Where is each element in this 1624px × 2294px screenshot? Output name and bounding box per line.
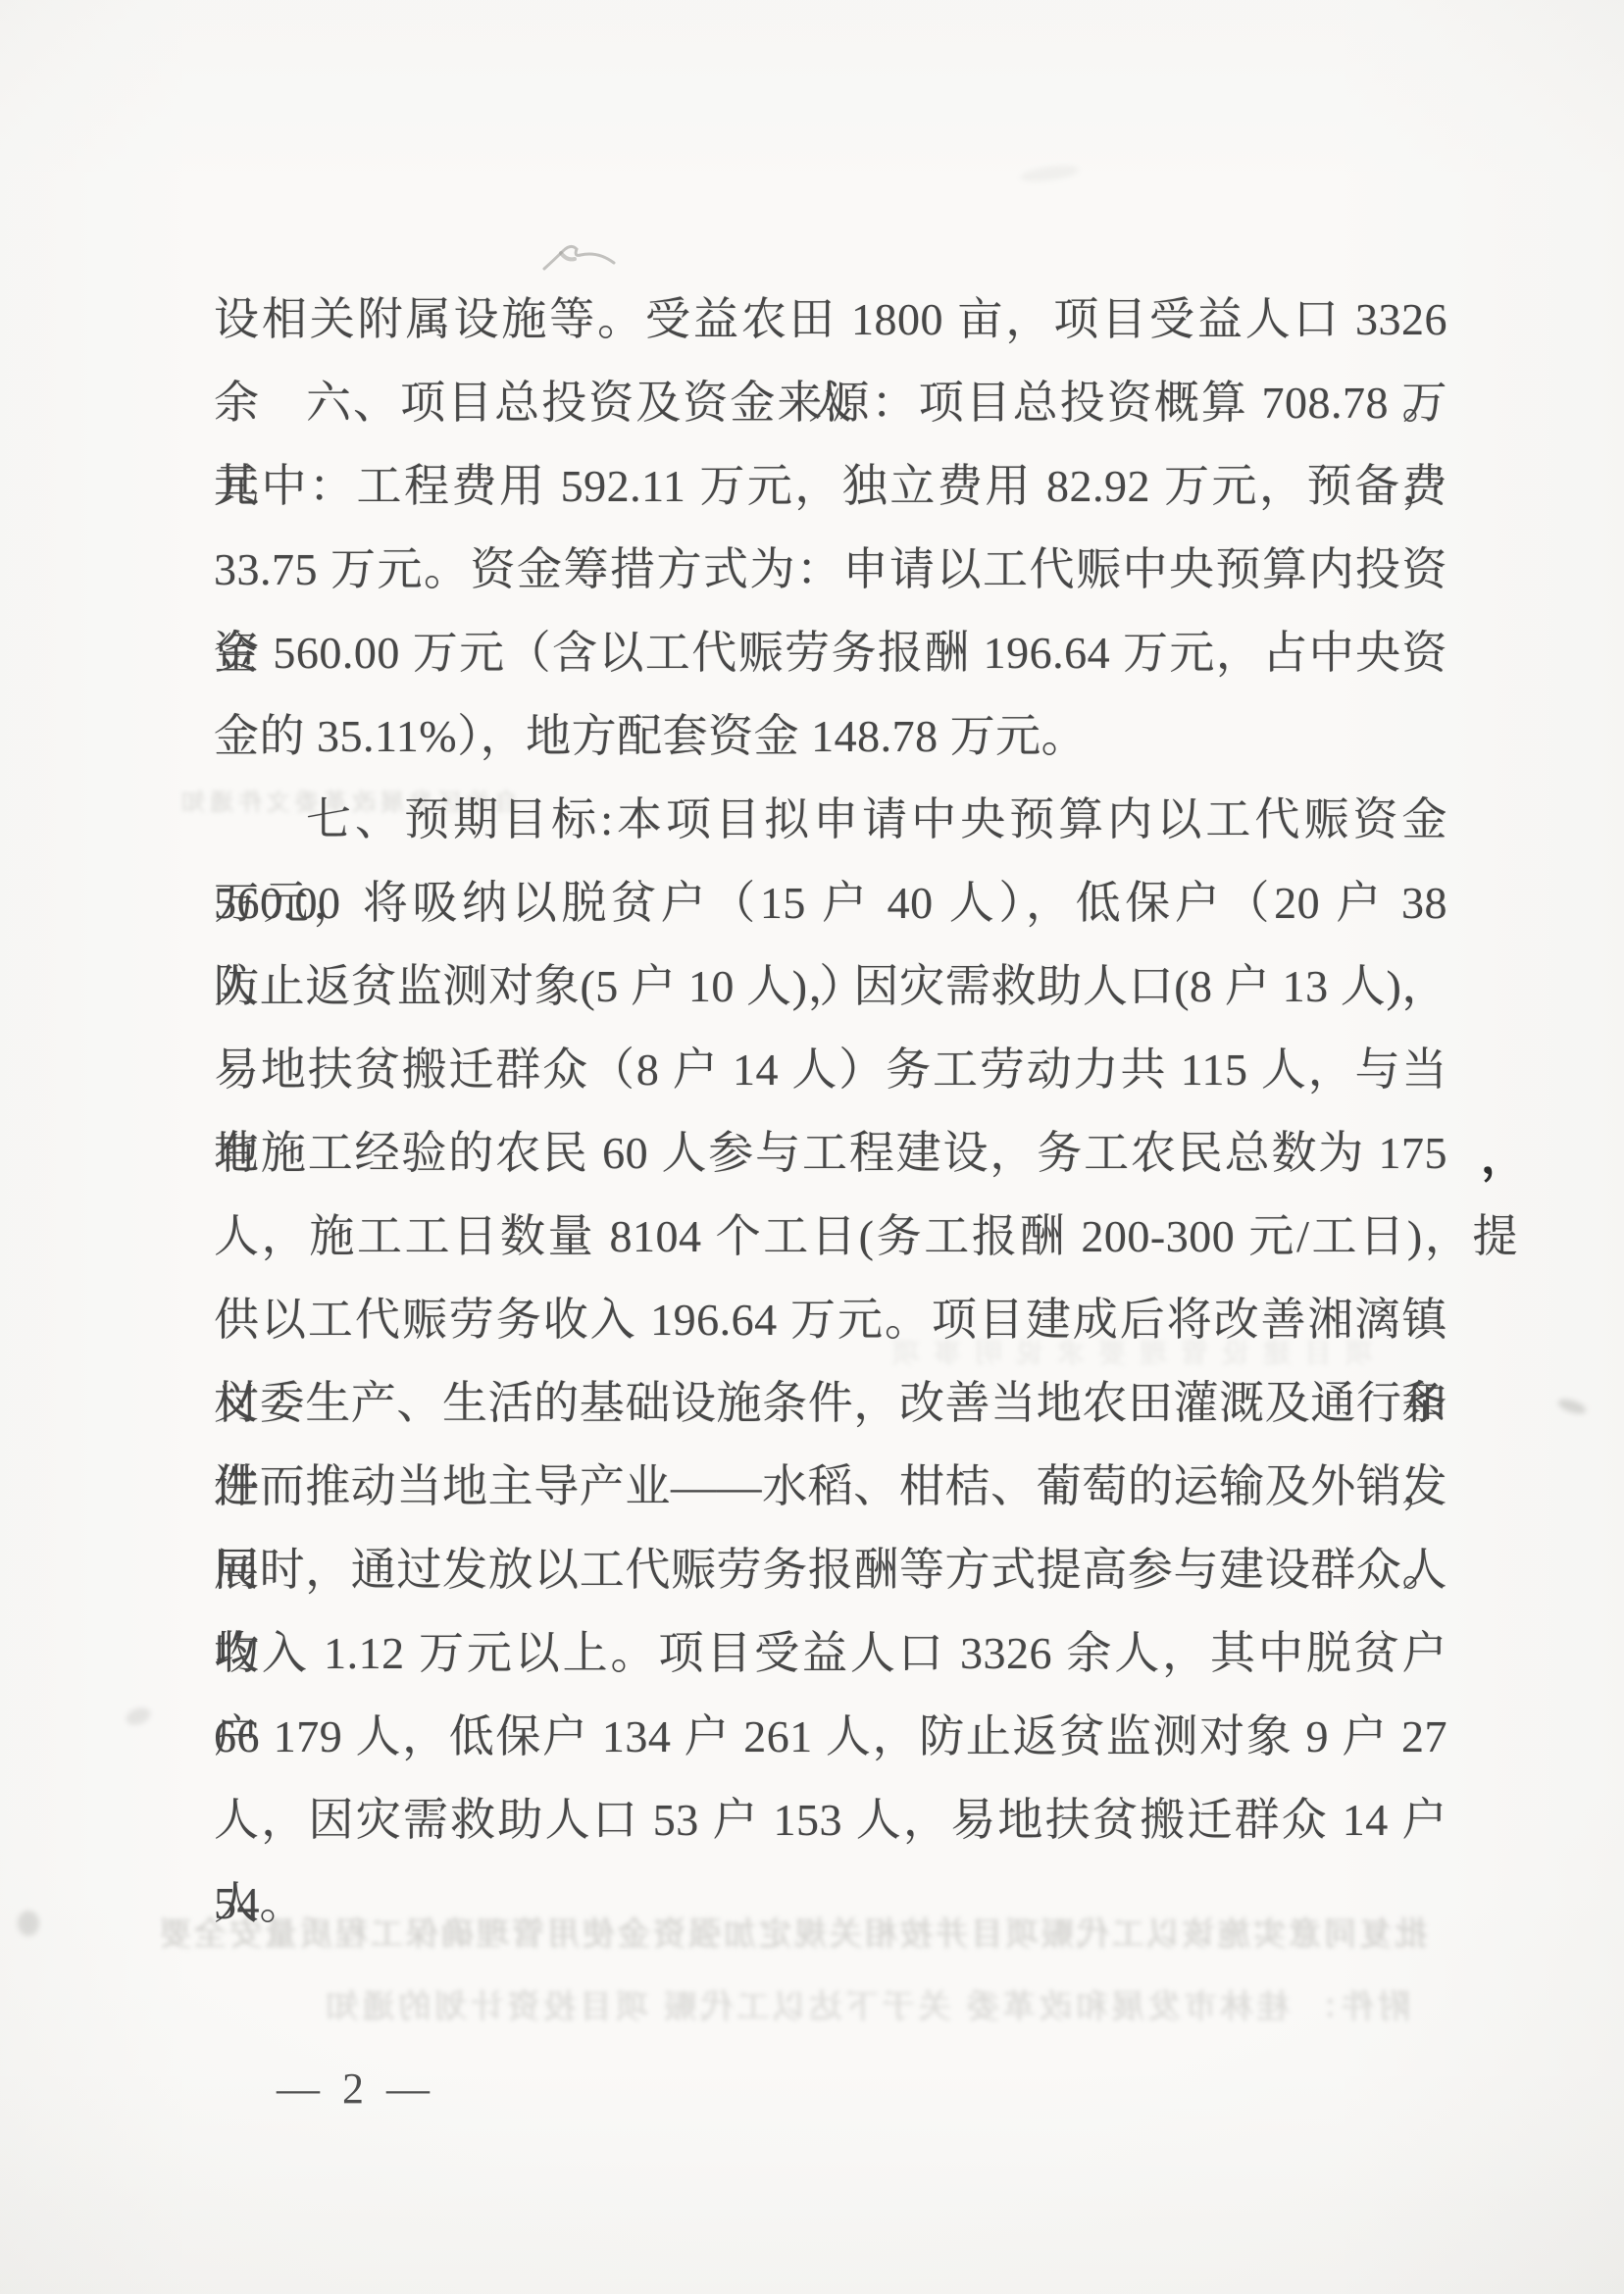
text-line: 村委生产、生活的基础设施条件，改善当地农田灌溉及通行条件，	[214, 1361, 1447, 1445]
scan-speck	[18, 1911, 39, 1936]
text-line: 收入 1.12 万元以上。项目受益人口 3326 余人，其中脱贫户 66	[214, 1611, 1447, 1695]
text-line: 万元，将吸纳以脱贫户（15 户 40 人），低保户（20 户 38 人），	[214, 861, 1447, 944]
text-line: 六、项目总投资及资金来源：项目总投资概算 708.78 万元，	[214, 361, 1447, 444]
text-line: 防止返贫监测对象(5 户 10 人)，因灾需救助人口(8 户 13 人)，	[214, 944, 1447, 1028]
scan-speck	[1556, 1397, 1588, 1417]
ink-blot-comma: ，	[1476, 1118, 1528, 1187]
text-line: 金 560.00 万元（含以工代赈劳务报酬 196.64 万元，占中央资	[214, 611, 1447, 694]
text-line: 人，因灾需救助人口 53 户 153 人，易地扶贫搬迁群众 14 户 54	[214, 1778, 1447, 1861]
text-line: 人。	[214, 1861, 1447, 1945]
text-line: 金的 35.11%），地方配套资金 148.78 万元。	[214, 694, 1447, 778]
scan-speck	[1019, 163, 1079, 184]
text-line: 设相关附属设施等。受益农田 1800 亩，项目受益人口 3326 余人。	[214, 278, 1447, 361]
text-line: 人，施工工日数量 8104 个工日(务工报酬 200-300 元/工日)，提	[214, 1195, 1518, 1278]
text-line: 进而推动当地主导产业——水稻、柑桔、葡萄的运输及外销发展。	[214, 1445, 1447, 1528]
scan-speck	[124, 1705, 153, 1728]
text-line: 户 179 人，低保户 134 户 261 人，防止返贫监测对象 9 户 27	[214, 1695, 1447, 1778]
text-line: 供以工代赈劳务收入 196.64 万元。项目建成后将改善湘漓镇义和	[214, 1278, 1447, 1361]
document-body-text: 设相关附属设施等。受益农田 1800 亩，项目受益人口 3326 余人。六、项目…	[214, 278, 1447, 1945]
text-line: 其中：工程费用 592.11 万元，独立费用 82.92 万元，预备费	[214, 444, 1447, 528]
text-line: 易地扶贫搬迁群众（8 户 14 人）务工劳动力共 115 人，与当地	[214, 1028, 1447, 1111]
page-number: — 2 —	[277, 2064, 435, 2114]
scanned-document-page: { "document": { "language": "zh-CN", "pa…	[0, 0, 1624, 2294]
text-line: 七、预期目标:本项目拟申请中央预算内以工代赈资金 560.00	[214, 778, 1447, 861]
text-line: 有施工经验的农民 60 人参与工程建设，务工农民总数为 175	[214, 1111, 1447, 1195]
text-line: 同时，通过发放以工代赈劳务报酬等方式提高参与建设群众人均	[214, 1528, 1447, 1611]
bleedthrough-text: 附件： 桂林市发展和改革委 关于下达以工代赈 项目投资计划的通知	[184, 1981, 1410, 2027]
text-line: 33.75 万元。资金筹措方式为：申请以工代赈中央预算内投资资	[214, 528, 1447, 611]
